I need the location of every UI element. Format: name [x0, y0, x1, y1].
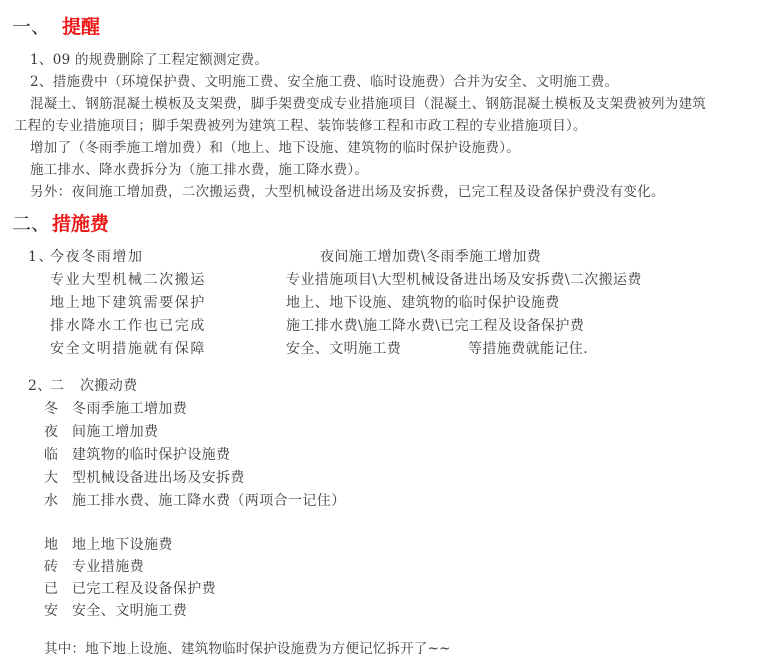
mnemonic-verse-3: 地上地下建筑需要保护	[50, 296, 206, 310]
initial-char: 地	[44, 538, 58, 552]
initial-char: 夜	[44, 425, 58, 439]
mnemonic-verse-1: 今夜冬雨增加	[50, 250, 144, 264]
initial-char: 临	[44, 448, 58, 462]
reminder-line-7: 另外：夜间施工增加费，二次搬运费，大型机械设备进出场及安拆费，已完工程及设备保护…	[30, 186, 665, 200]
reminder-line-6: 施工排水、降水费拆分为（施工排水费，施工降水费）。	[30, 164, 368, 178]
initial-text: 建筑物的临时保护设施费	[72, 448, 230, 462]
initial-text: 安全、文明施工费	[72, 604, 187, 618]
reminder-line-4: 工程的专业措施项目；脚手架费被列为建筑工程、装饰装修工程和市政工程的专业措施项目…	[14, 120, 587, 134]
initial-char: 已	[44, 582, 58, 596]
mnemonic-meaning-1: 夜间施工增加费\冬雨季施工增加费	[320, 250, 541, 264]
initials-prefix: 2、	[28, 379, 52, 393]
section1-number: 一、	[12, 18, 50, 37]
initial-text: 型机械设备进出场及安拆费	[72, 471, 245, 485]
initials-first-rest: 次搬动费	[80, 379, 138, 393]
footnote: 其中：地下地上设施、建筑物临时保护设施费为方便记忆拆开了~~	[44, 643, 451, 657]
initial-text: 专业措施费	[72, 560, 144, 574]
initial-char: 砖	[44, 560, 58, 574]
reminder-line-2: 2、措施费中（环境保护费、文明施工费、安全施工费、临时设施费）合并为安全、文明施…	[30, 76, 619, 90]
mnemonic-meaning-5: 安全、文明施工费	[286, 342, 401, 356]
initial-text: 冬雨季施工增加费	[72, 402, 187, 416]
reminder-line-5: 增加了（冬雨季施工增加费）和（地上、地下设施、建筑物的临时保护设施费）。	[30, 142, 520, 156]
mnemonic-suffix: 等措施费就能记住.	[468, 342, 588, 356]
section1-title: 提醒	[62, 18, 100, 37]
mnemonic-meaning-3: 地上、地下设施、建筑物的临时保护设施费	[286, 296, 560, 310]
mnemonic-verse-4: 排水降水工作也已完成	[50, 319, 206, 333]
initial-text: 已完工程及设备保护费	[72, 582, 216, 596]
mnemonic-verse-5: 安全文明措施就有保障	[50, 342, 206, 356]
initial-text: 施工排水费、施工降水费（两项合一记住）	[72, 494, 346, 508]
initials-first-char: 二	[50, 379, 64, 393]
initial-char: 安	[44, 604, 58, 618]
reminder-line-3: 混凝土、钢筋混凝土模板及支架费，脚手架费变成专业措施项目（混凝土、钢筋混凝土模板…	[30, 98, 706, 112]
section2-number: 二、	[12, 215, 50, 234]
initial-text: 地上地下设施费	[72, 538, 173, 552]
initial-char: 水	[44, 494, 58, 508]
mnemonic-verse-2: 专业大型机械二次搬运	[50, 273, 206, 287]
initial-char: 冬	[44, 402, 58, 416]
initial-char: 大	[44, 471, 58, 485]
mnemonic-meaning-4: 施工排水费\施工降水费\已完工程及设备保护费	[286, 319, 584, 333]
mnemonic-meaning-2: 专业措施项目\大型机械设备进出场及安拆费\二次搬运费	[286, 273, 642, 287]
section2-title: 措施费	[52, 215, 109, 234]
initial-text: 间施工增加费	[72, 425, 158, 439]
reminder-line-1: 1、09 的规费删除了工程定额测定费。	[30, 54, 268, 68]
